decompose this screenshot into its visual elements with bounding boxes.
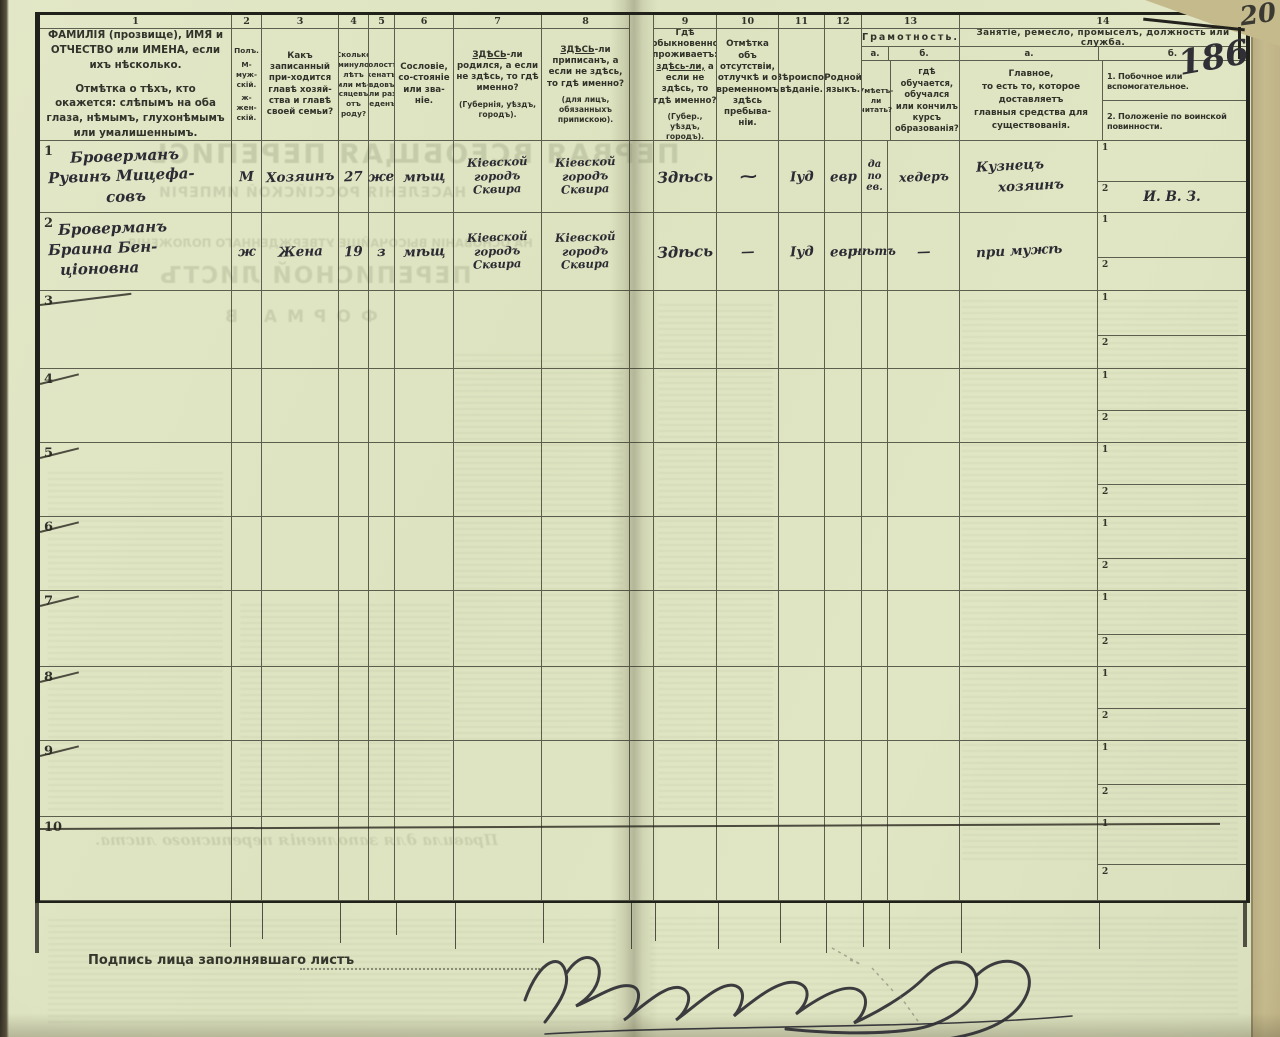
fold-gap [630,443,654,517]
colnum-10: 10 [717,15,779,29]
cell-education [888,517,960,591]
cell-language [825,741,862,817]
cell-estate [395,369,454,443]
cell-absence: ⁓ [717,141,779,213]
cell-reads [862,741,888,817]
cell-name: 3 [40,291,232,369]
sub-label-1: 1 [1102,143,1108,153]
side-occupation-sub1: 1 [1098,517,1246,559]
header-registration-text: ЗДѢСЬ-ли приписанъ, а если не здѣсь, то … [544,45,627,90]
cell-occupation [960,817,1098,901]
cell-occupation [960,741,1098,817]
cell-reads [862,291,888,369]
colnum-6: 6 [395,15,454,29]
cell-absence [717,741,779,817]
cell-birthplace [454,291,542,369]
header-language-text: Родной языкъ. [825,73,862,96]
pencil-marks [820,940,960,1030]
cell-registration: Кіевской городъ Сквира [542,213,630,291]
header-religion-text: Вѣроиспо-вѣданіе. [779,73,825,96]
cell-language [825,667,862,741]
cell-absence [717,667,779,741]
colnum-8: 8 [542,15,630,29]
handwritten-value: по [868,171,882,183]
handwritten-corner-number: 20 [1238,0,1278,32]
cell-estate [395,517,454,591]
row-number: 10 [44,820,62,835]
cell-religion [779,291,825,369]
cell-education [888,817,960,901]
sub-label-1: 1 [1102,519,1108,529]
fold-gap [630,667,654,741]
handwritten-value: Жена [277,243,322,261]
fold-gap [630,591,654,667]
cell-absence [717,291,779,369]
handwritten-value: да [868,159,881,171]
cell-estate [395,667,454,741]
cell-age [339,817,369,901]
census-sheet-scan: ПЕРВАЯ ВСЕОБЩАЯ ПЕРЕПИСЬ НАСЕЛЕНІЯ РОССІ… [0,0,1280,1037]
header-sex-b: М-муж-скій. [234,60,259,90]
header-col-language: Родной языкъ. [825,29,862,141]
sub-label-2: 2 [1102,711,1108,721]
cell-side-occupation: 1 2 [1098,741,1246,817]
cell-registration [542,591,630,667]
cell-religion [779,667,825,741]
side-occupation-sub2: 2 [1098,258,1246,290]
occupation-desc-b2: 2. Положеніе по воинской повинности. [1103,101,1246,140]
occupation-desc-a: Главное, то есть то, которое доставляетъ… [960,61,1103,140]
header-sex-a: Полъ. [234,46,259,56]
header-col-religion: Вѣроиспо-вѣданіе. [779,29,825,141]
cell-sex [232,291,262,369]
cell-education [888,591,960,667]
cell-name: 8 [40,667,232,741]
occupation-sub-a: а. [960,47,1099,60]
colnum-4: 4 [339,15,369,29]
cell-name: 2 Броверманъ Браина Бен- ціоновна [40,213,232,291]
handwritten-value: Сквира [473,183,522,198]
cell-side-occupation: 1 2 [1098,667,1246,741]
handwritten-value: Хозяинъ [266,167,335,185]
header-absence-text: Отмѣтка объ отсутствіи, отлучкѣ и о врем… [717,39,779,130]
side-occupation-sub2: 2 [1098,785,1246,816]
cell-language: евр [825,141,862,213]
sub-label-1: 1 [1102,293,1108,303]
handwritten-value: з [377,243,386,259]
row-number: 9 [44,744,53,759]
cell-marital [369,591,395,667]
colnum-7: 7 [454,15,542,29]
handwritten-value: М [239,168,255,185]
cell-relation: Жена [262,213,339,291]
cell-residence [654,443,717,517]
cell-registration [542,817,630,901]
cell-sex: ж [232,213,262,291]
cell-reads [862,443,888,517]
handwritten-value: Іуд [789,168,813,185]
handwritten-value: Сквира [561,258,610,273]
cell-religion: Іуд [779,213,825,291]
handwritten-value: Кузнецъ [976,155,1045,178]
cell-side-occupation: 1 2 И. В. З. [1098,141,1246,213]
cell-sex [232,741,262,817]
cell-side-occupation: 1 2 [1098,369,1246,443]
side-occupation-sub1: 1 [1098,213,1246,258]
handwritten-value: 27 [344,168,363,185]
sub-label-1: 1 [1102,445,1108,455]
handwritten-value: ев. [866,182,882,194]
handwritten-value: мѣщ [403,168,446,185]
sub-label-2: 2 [1102,487,1108,497]
side-occupation-sub1: 1 [1098,591,1246,635]
cell-age: 19 [339,213,369,291]
header-col-relation: Какъ записанный при-ходится главѣ хозяй-… [262,29,339,141]
cell-estate: мѣщ [395,213,454,291]
cell-residence [654,591,717,667]
fold-gap [630,29,654,141]
row-number: 8 [44,670,53,685]
cell-reads: да по ев. [862,141,888,213]
side-occupation-sub2: 2 [1098,485,1246,516]
cell-marital [369,817,395,901]
side-occupation-sub2: 2 И. В. З. [1098,182,1246,212]
side-occupation-sub2: 2 [1098,336,1246,368]
header-sex-c: ж-жен-скій. [234,93,259,123]
cell-religion [779,443,825,517]
cell-age [339,591,369,667]
cell-residence [654,741,717,817]
census-table: 1 2 3 4 5 6 7 8 9 10 11 12 13 14 ФАМИЛІЯ… [35,12,1250,903]
cell-residence [654,817,717,901]
cell-absence [717,369,779,443]
cell-birthplace: Кіевской городъ Сквира [454,141,542,213]
cell-absence [717,817,779,901]
cell-marital: же [369,141,395,213]
cell-sex [232,817,262,901]
header-col-marital: Холостъ, женатъ, вдовъ или раз-веденъ. [369,29,395,141]
sub-label-2: 2 [1102,413,1108,423]
literacy-desc-a: Умѣетъ-ли читать? [862,61,891,140]
handwritten-value: при мужѣ [976,239,1063,263]
cell-reads [862,817,888,901]
cell-birthplace [454,817,542,901]
cell-estate: мѣщ [395,141,454,213]
header-col-sex: Полъ. М-муж-скій. ж-жен-скій. [232,29,262,141]
cell-occupation [960,443,1098,517]
header-birthplace-note: (Губернія, уѣздъ, городъ). [456,100,539,120]
fold-gap [630,741,654,817]
cell-religion [779,741,825,817]
cell-relation: Хозяинъ [262,141,339,213]
cell-birthplace [454,369,542,443]
sub-label-1: 1 [1102,593,1108,603]
cell-registration [542,443,630,517]
fold-gap [630,213,654,291]
literacy-desc-b: гдѣ обучается, обучался или кончилъ курс… [891,61,960,140]
cell-occupation [960,517,1098,591]
cell-age [339,369,369,443]
sub-label-2: 2 [1102,561,1108,571]
header-col-residence: Гдѣ обыкновенно проживаетъ: здѣсь-ли, а … [654,29,717,141]
row-number: 4 [44,372,53,387]
cell-education [888,291,960,369]
cell-religion: Іуд [779,141,825,213]
cell-estate [395,291,454,369]
cell-reads [862,517,888,591]
cell-registration [542,741,630,817]
fold-gap [630,291,654,369]
cell-residence [654,667,717,741]
cell-estate [395,741,454,817]
cell-birthplace [454,667,542,741]
cell-residence [654,291,717,369]
cell-registration [542,291,630,369]
fold-gap [630,369,654,443]
handwritten-value: хозяинъ [998,175,1065,198]
row-number: 6 [44,520,53,535]
sub-label-2: 2 [1102,260,1108,270]
cell-language [825,817,862,901]
sub-label-2: 2 [1102,787,1108,797]
cell-sex [232,667,262,741]
colnum-13: 13 [862,15,960,29]
cell-relation [262,591,339,667]
cell-birthplace [454,443,542,517]
header-birthplace-text: ЗДѢСЬ-ли родился, а если не здѣсь, то гд… [456,50,539,95]
cell-marital [369,369,395,443]
fold-gap [630,817,654,901]
cell-relation [262,443,339,517]
cell-side-occupation: 1 2 [1098,213,1246,291]
handwritten-name-cont: совъ [106,183,232,206]
cell-occupation: при мужѣ [960,213,1098,291]
fold-gap [630,15,654,29]
literacy-sub-b: б. [889,47,959,60]
sub-label-2: 2 [1102,637,1108,647]
cell-name: 6 [40,517,232,591]
cell-residence [654,517,717,591]
cell-name: 7 [40,591,232,667]
cell-reads [862,369,888,443]
fold-gap [630,517,654,591]
header-col-estate: Сословіе, со-стояніе или зва-ніе. [395,29,454,141]
sub-label-2: 2 [1102,867,1108,877]
row-number: 1 [44,144,53,159]
cell-absence [717,443,779,517]
cell-registration [542,369,630,443]
cell-relation [262,817,339,901]
handwritten-value: хедеръ [898,168,948,185]
header-col-names: ФАМИЛІЯ (прозвище), ИМЯ и ОТЧЕСТВО или И… [40,29,232,141]
sub-label-1: 1 [1102,215,1108,225]
side-occupation-sub1: 1 [1098,817,1246,865]
sub-label-1: 1 [1102,743,1108,753]
header-col-age: Сколько минуло лѣтъ или мѣ-сяцевъ отъ ро… [339,29,369,141]
cell-occupation [960,667,1098,741]
handwritten-value: Сквира [561,183,610,198]
cell-age [339,443,369,517]
row-number: 2 [44,216,53,231]
cell-sex [232,443,262,517]
cell-relation [262,291,339,369]
handwritten-value: — [740,243,754,259]
cell-marital [369,667,395,741]
sub-label-1: 1 [1102,669,1108,679]
cell-language [825,291,862,369]
cell-reads [862,667,888,741]
cell-relation [262,741,339,817]
cell-age: 27 [339,141,369,213]
cell-occupation [960,369,1098,443]
side-occupation-sub1: 1 [1098,141,1246,182]
sub-label-1: 1 [1102,819,1108,829]
cell-residence: Здѣсь [654,213,717,291]
header-col-absence: Отмѣтка объ отсутствіи, отлучкѣ и о врем… [717,29,779,141]
side-occupation-sub1: 1 [1098,667,1246,709]
cell-occupation [960,291,1098,369]
cell-language [825,369,862,443]
strike-mark [40,293,132,306]
cell-absence [717,591,779,667]
side-occupation-sub2: 2 [1098,865,1246,900]
cell-relation [262,667,339,741]
cell-estate [395,817,454,901]
sub-label-1: 1 [1102,371,1108,381]
cell-name: 4 [40,369,232,443]
cell-religion [779,369,825,443]
cell-birthplace [454,517,542,591]
header-residence-text: Гдѣ обыкновенно проживаетъ: здѣсь-ли, а … [654,29,717,107]
cell-marital [369,741,395,817]
sub-label-2: 2 [1102,184,1108,194]
cell-birthplace [454,591,542,667]
side-occupation-sub1: 1 [1098,741,1246,785]
cell-registration: Кіевской городъ Сквира [542,141,630,213]
handwritten-value: же [368,168,395,185]
colnum-2: 2 [232,15,262,29]
cell-registration [542,517,630,591]
cell-side-occupation: 1 2 [1098,291,1246,369]
side-occupation-sub1: 1 [1098,443,1246,485]
cell-birthplace: Кіевской городъ Сквира [454,213,542,291]
header-estate-text: Сословіе, со-стояніе или зва-ніе. [397,62,451,107]
colnum-11: 11 [779,15,825,29]
handwritten-value: ⁓ [740,166,755,186]
row-number: 3 [44,294,53,309]
handwritten-value: И. В. З. [1143,189,1200,205]
cell-reads [862,591,888,667]
cell-religion [779,517,825,591]
cell-sex: М [232,141,262,213]
cell-residence: Здѣсь [654,141,717,213]
handwritten-value: Сквира [473,258,522,273]
handwritten-value: — [916,243,930,259]
cell-education [888,369,960,443]
handwritten-value: 19 [344,243,363,260]
header-registration-note: (для лицъ, обязанныхъ припискою). [544,95,627,125]
cell-sex [232,591,262,667]
handwritten-value: Іуд [789,243,813,260]
sub-label-2: 2 [1102,338,1108,348]
literacy-sub-a: а. [862,47,889,60]
cell-occupation [960,591,1098,667]
cell-absence [717,517,779,591]
side-occupation-sub1: 1 [1098,369,1246,411]
header-col-registration: ЗДѢСЬ-ли приписанъ, а если не здѣсь, то … [542,29,630,141]
colnum-5: 5 [369,15,395,29]
cell-marital [369,443,395,517]
cell-language [825,591,862,667]
cell-religion [779,591,825,667]
cell-marital [369,291,395,369]
cell-birthplace [454,741,542,817]
cell-education [888,741,960,817]
cell-relation [262,517,339,591]
header-age-text: Сколько минуло лѣтъ или мѣ-сяцевъ отъ ро… [339,50,369,119]
fold-gap [630,141,654,213]
cell-relation [262,369,339,443]
colnum-3: 3 [262,15,339,29]
cell-age [339,667,369,741]
side-occupation-sub2: 2 [1098,635,1246,666]
cell-estate [395,591,454,667]
header-names-line2: Отмѣтка о тѣхъ, кто окажется: слѣпымъ на… [46,82,225,141]
cell-name: 10 [40,817,232,901]
signature-label: Подпись лица заполнявшаго листъ [88,953,354,968]
cell-side-occupation: 1 2 [1098,443,1246,517]
cell-side-occupation: 1 2 [1098,517,1246,591]
cell-education [888,443,960,517]
handwritten-signature [500,928,1100,1037]
colnum-1: 1 [40,15,232,29]
header-relation-text: Какъ записанный при-ходится главѣ хозяй-… [264,51,336,119]
literacy-title: Грамотность. [862,29,959,47]
handwritten-value: Здѣсь [657,167,714,187]
header-residence-note: (Губер., уѣздъ, городъ). [656,112,714,141]
cell-occupation: Кузнецъ хозяинъ [960,141,1098,213]
cell-residence [654,369,717,443]
handwritten-value: Здѣсь [657,242,714,262]
cell-reads: нѣтъ [862,213,888,291]
handwritten-value: ж [237,243,255,260]
cell-registration [542,667,630,741]
cell-age [339,517,369,591]
header-group-literacy: Грамотность. а. б. Умѣетъ-ли читать? гдѣ… [862,29,960,141]
colnum-12: 12 [825,15,862,29]
cell-education: — [888,213,960,291]
colnum-9: 9 [654,15,717,29]
cell-name: 1 Броверманъ Рувинъ Мицефа- совъ [40,141,232,213]
header-col-birthplace: ЗДѢСЬ-ли родился, а если не здѣсь, то гд… [454,29,542,141]
side-occupation-sub2: 2 [1098,709,1246,740]
cell-age [339,741,369,817]
row-number: 7 [44,594,53,609]
cell-sex [232,517,262,591]
cell-side-occupation: 1 2 [1098,591,1246,667]
handwritten-value: мѣщ [403,243,446,260]
header-marital-text: Холостъ, женатъ, вдовъ или раз-веденъ. [369,60,395,109]
cell-marital [369,517,395,591]
cell-name: 9 [40,741,232,817]
cell-language [825,517,862,591]
cell-side-occupation: 1 2 [1098,817,1246,901]
cell-marital: з [369,213,395,291]
cell-religion [779,817,825,901]
cell-sex [232,369,262,443]
row-number: 5 [44,446,53,461]
handwritten-value: евр [829,168,856,185]
